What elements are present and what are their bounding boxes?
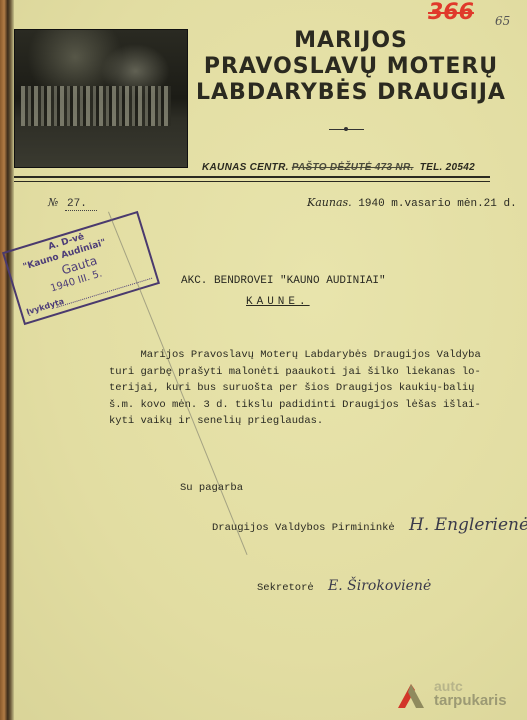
letterhead-contact: KAUNAS CENTR. PAŠTO DĖŽUTĖ 473 NR. TEL. …	[202, 162, 475, 173]
ornament-divider	[329, 129, 364, 130]
date-text: 1940 m.vasario mėn.21 d.	[358, 198, 516, 210]
closing: Su pagarba	[180, 482, 243, 494]
chair-signature-line: Draugijos Valdybos Pirmininkė H. Engleri…	[212, 515, 527, 535]
letterhead-photo	[14, 29, 188, 168]
number-value: 27.	[65, 198, 97, 211]
header-rule	[14, 176, 490, 178]
secretary-signature: E. Širokovienė	[328, 578, 431, 594]
addressee: AKC. BENDROVEI "KAUNO AUDINIAI"	[181, 275, 386, 287]
secretary-title: Sekretorė	[257, 582, 314, 594]
title-line-2: PRAVOSLAVŲ MOTERŲ	[196, 54, 506, 80]
document-page: 366 65 MARIJOS PRAVOSLAVŲ MOTERŲ LABDARY…	[0, 0, 527, 720]
letter-body: Marijos Pravoslavų Moterų Labdarybės Dra…	[109, 347, 509, 430]
letter-date: Kaunas. 1940 m.vasario mėn.21 d.	[307, 196, 517, 210]
secretary-signature-line: Sekretorė E. Širokovienė	[257, 578, 431, 594]
chair-title: Draugijos Valdybos Pirmininkė	[212, 522, 395, 534]
title-line-3: LABDARYBĖS DRAUGIJA	[196, 80, 506, 106]
letter-number: № 27.	[48, 196, 97, 210]
organization-title: MARIJOS PRAVOSLAVŲ MOTERŲ LABDARYBĖS DRA…	[196, 28, 506, 106]
address-prefix: KAUNAS CENTR.	[202, 162, 289, 173]
watermark: autc tarpukaris	[398, 680, 527, 716]
received-stamp: A. D-vė "Kauno Audiniai" Gauta 1940 III.…	[2, 211, 160, 325]
addressee-city: KAUNE.	[246, 296, 310, 308]
photo-crowd	[21, 86, 171, 126]
watermark-line-2: tarpukaris	[434, 692, 507, 709]
phone: TEL. 20542	[420, 162, 475, 173]
date-city: Kaunas.	[307, 196, 352, 209]
tarpukaris-logo-icon	[398, 684, 424, 708]
chair-signature: H. Englerienė	[409, 515, 527, 535]
archive-ref-number: 366	[428, 0, 474, 25]
number-label: №	[48, 196, 58, 209]
title-line-1: MARIJOS	[196, 28, 506, 54]
crossed-ref-number: 366	[428, 0, 474, 25]
header-rule-thin	[14, 181, 490, 182]
archive-page-number: 65	[495, 14, 510, 28]
binding-edge	[0, 0, 14, 720]
address-struck: PAŠTO DĖŽUTĖ 473 NR.	[292, 162, 414, 173]
